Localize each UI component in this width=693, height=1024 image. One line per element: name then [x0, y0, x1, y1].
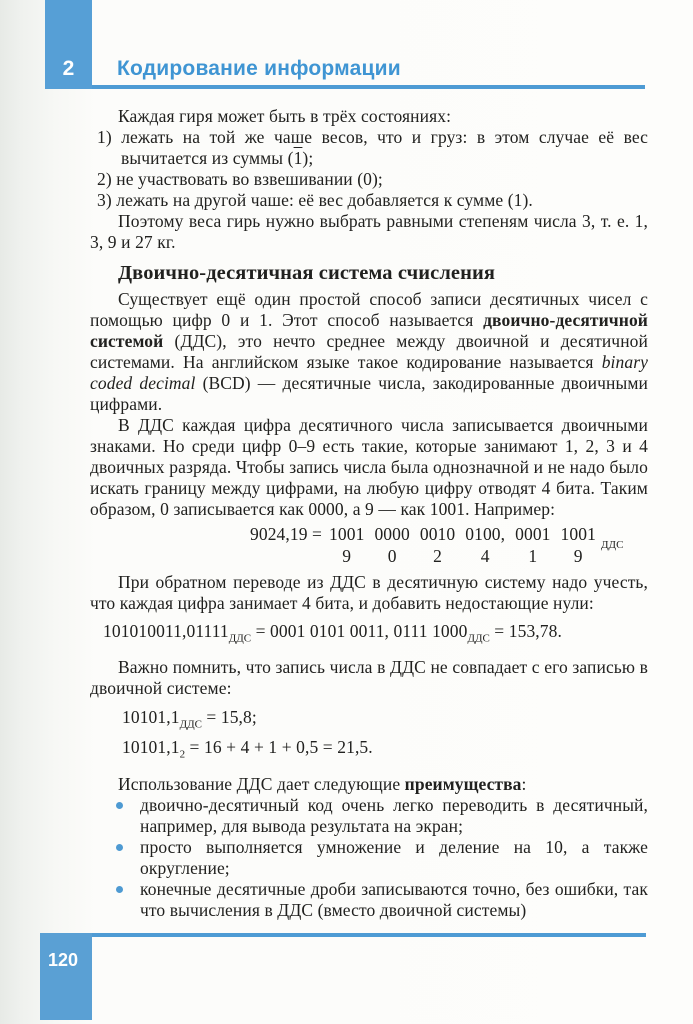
- bcd-bit-group: 1001: [556, 524, 601, 545]
- bcd-decimal-digit: 9: [324, 545, 369, 567]
- reverse-conversion-note: При обратном переводе из ДДС в десятичну…: [90, 572, 648, 614]
- textbook-page: 2 Кодирование информации Каждая гиря мож…: [0, 0, 693, 1024]
- bcd-bit-group: 0010: [415, 524, 460, 545]
- state-1: 1) лежать на той же чаше весов, что и гр…: [90, 127, 648, 169]
- important-difference-note: Важно помнить, что запись числа в ДДС не…: [90, 657, 648, 699]
- bcd-decimal-digit: 2: [415, 545, 460, 567]
- bcd-subscript: ДДС: [601, 524, 624, 567]
- bcd-decimal-prefix: 9024,19 =: [250, 524, 324, 567]
- bcd-section-heading: Двоично-десятичная система счисления: [90, 263, 648, 284]
- body-column: Каждая гиря может быть в трёх состояниях…: [90, 106, 648, 938]
- bcd-encoding-rule: В ДДС каждая цифра десятичного числа зап…: [90, 415, 648, 520]
- footer-rule: [40, 933, 646, 937]
- bcd-decimal-digit: 4: [460, 545, 510, 567]
- bcd-decimal-digit: 1: [510, 545, 555, 567]
- page-number-tab: 120: [40, 933, 92, 1020]
- advantage-mul-div-10: просто выполняется умножение и деление н…: [90, 837, 648, 879]
- advantages-intro: Использование ДДС дает следующие преимущ…: [90, 774, 648, 795]
- bcd-intro: Существует ещё один простой способ запис…: [90, 289, 648, 415]
- advantage-exact-fractions: конечные десятичные дроби записываются т…: [90, 879, 648, 921]
- chapter-number-tab: 2: [45, 0, 92, 89]
- bcd-example-formula: 9024,19 = 1001000000100100,00011001ДДС90…: [250, 524, 624, 567]
- header-rule: [92, 85, 645, 89]
- weights-conclusion: Поэтому веса гирь нужно выбрать равными …: [90, 211, 648, 253]
- bcd-decimal-digit: 0: [369, 545, 414, 567]
- bcd-bit-group: 0001: [510, 524, 555, 545]
- chapter-title: Кодирование информации: [117, 57, 401, 81]
- bcd-bit-group: 0000: [369, 524, 414, 545]
- advantage-easy-conversion: двоично-десятичный код очень легко перев…: [90, 795, 648, 837]
- bcd-bit-group: 1001: [324, 524, 369, 545]
- bcd-vs-binary-example-2: 10101,12 = 16 + 4 + 1 + 0,5 = 21,5.: [122, 736, 648, 767]
- bcd-vs-binary-example-1: 10101,1ДДС = 15,8;: [122, 706, 648, 737]
- weights-states-intro: Каждая гиря может быть в трёх состояниях…: [90, 106, 648, 127]
- bcd-decimal-digit: 9: [556, 545, 601, 567]
- page-number: 120: [48, 950, 78, 971]
- state-3: 3) лежать на другой чаше: её вес добавля…: [90, 190, 648, 211]
- chapter-number: 2: [45, 57, 92, 81]
- bcd-bit-group: 0100,: [460, 524, 510, 545]
- reverse-conversion-example: 101010011,01111ДДС = 0001 0101 0011, 011…: [103, 620, 648, 651]
- state-2: 2) не участвовать во взвешивании (0);: [90, 169, 648, 190]
